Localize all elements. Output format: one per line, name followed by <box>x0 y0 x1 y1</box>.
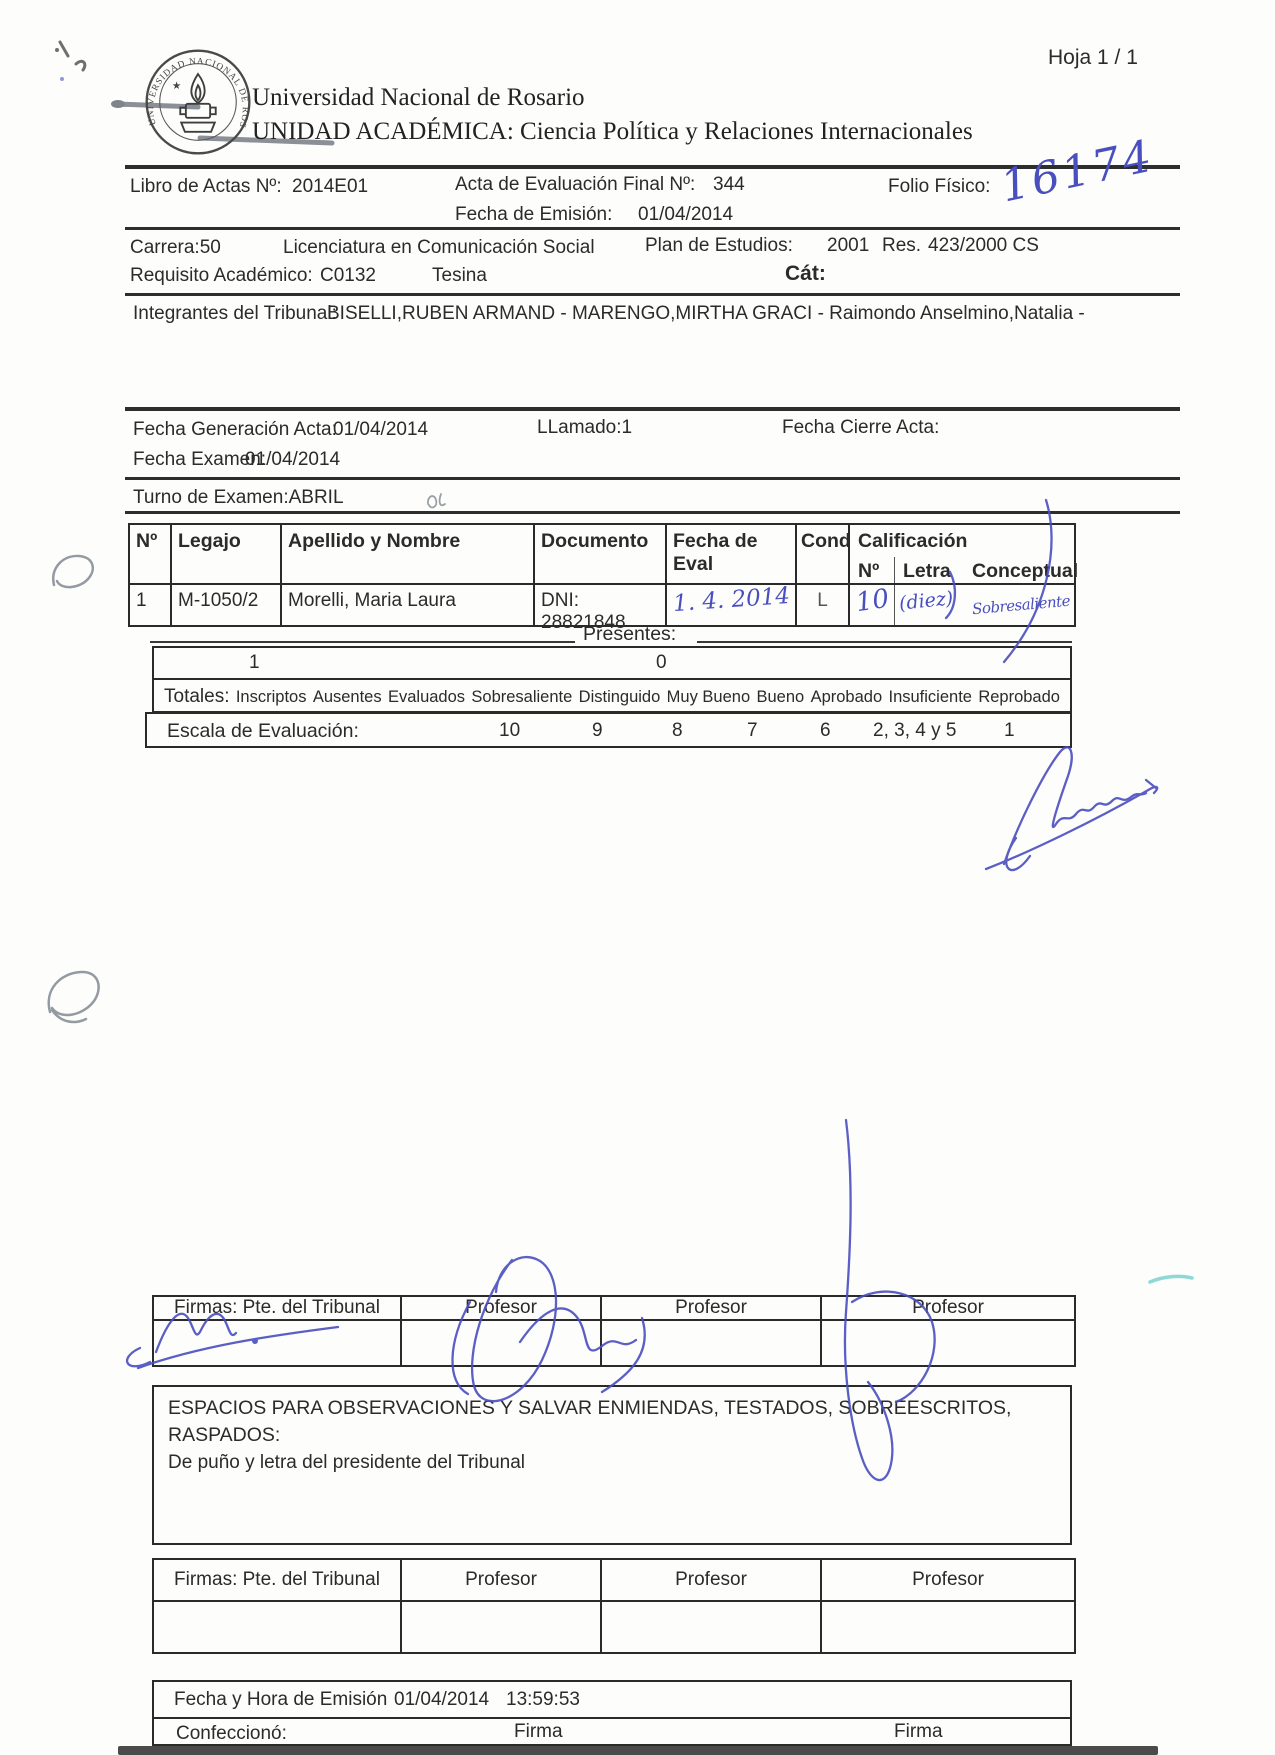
res-label: Res. <box>882 235 921 257</box>
llamado-value: 1 <box>622 417 633 438</box>
emission-box: Fecha y Hora de Emisión 01/04/2014 13:59… <box>152 1680 1072 1746</box>
turno-label: Turno de Examen: <box>133 487 289 508</box>
carrera-code: 50 <box>200 237 221 258</box>
firmas-table-2: Firmas: Pte. del Tribunal Profesor Profe… <box>152 1558 1076 1654</box>
col-legajo: Legajo <box>172 525 282 583</box>
totales-label: Totales: <box>164 686 229 708</box>
cell-calificacion: 10 (diez) Sobresaliente <box>850 585 1074 625</box>
divider <box>154 1717 1070 1719</box>
totales-col-evaluados: Evaluados <box>388 688 465 707</box>
catedra-label: Cát: <box>785 262 826 286</box>
requisito-label: Requisito Académico: <box>130 265 313 287</box>
fecha-hora-hora: 13:59:53 <box>506 1689 580 1711</box>
observaciones-line1: ESPACIOS PARA OBSERVACIONES Y SALVAR ENM… <box>168 1395 1056 1422</box>
col-cond: Cond <box>797 525 850 583</box>
firmas2-pte-label: Firmas: Pte. del Tribunal <box>154 1560 402 1602</box>
cell-legajo: M-1050/2 <box>172 585 282 625</box>
divider <box>697 641 1072 643</box>
totales-col-reprobado: Reprobado <box>978 688 1060 707</box>
university-seal-logo: UNIVERSIDAD NACIONAL DE ROSARIO ★ <box>142 46 254 158</box>
firmas1-pte-label: Firmas: Pte. del Tribunal <box>154 1297 402 1321</box>
firmas1-prof1-label: Profesor <box>402 1297 602 1321</box>
handwritten-grade-concept-wrap: Sobresaliente <box>970 585 1074 625</box>
students-table: Nº Legajo Apellido y Nombre Documento Fe… <box>128 523 1076 627</box>
folio-label: Folio Físico: <box>888 176 990 198</box>
col-fecha: Fecha de Eval <box>667 525 797 583</box>
escala-10: 10 <box>499 720 520 742</box>
divider <box>150 641 575 643</box>
divider <box>125 511 1180 514</box>
tribunal-label: Integrantes del Tribunal: <box>133 303 337 325</box>
llamado-line: LLamado:1 <box>537 417 632 439</box>
firmas2-sig-cell <box>602 1602 822 1652</box>
small-scribble-icon <box>428 496 436 507</box>
subcol-conceptual: Conceptual <box>970 557 1074 583</box>
tribunal-members: BISELLI,RUBEN ARMAND - MARENGO,MIRTHA GR… <box>327 303 1085 325</box>
scanned-acta-page: UNIVERSIDAD NACIONAL DE ROSARIO ★ Hoja 1… <box>0 0 1275 1755</box>
firmas2-prof3-label: Profesor <box>822 1560 1074 1602</box>
torch-icon <box>180 74 215 132</box>
col-nro: Nº <box>130 525 172 583</box>
cell-fecha-eval: 1. 4. 2014 <box>667 585 797 625</box>
fecha-hora-label: Fecha y Hora de Emisión <box>174 1689 387 1711</box>
calificacion-label: Calificación <box>850 525 1074 553</box>
totales-col-muybueno: Muy Bueno <box>667 688 750 707</box>
examen-value: 01/04/2014 <box>245 449 340 471</box>
totales-col-bueno: Bueno <box>756 688 804 707</box>
divider <box>125 293 1180 296</box>
handwritten-grade-number: 10 <box>854 584 891 618</box>
university-name: Universidad Nacional de Rosario <box>252 84 585 112</box>
teal-mark-icon <box>1150 1276 1192 1282</box>
col-documento: Documento <box>535 525 667 583</box>
firmas1-sig-cell <box>154 1321 402 1365</box>
firmas1-prof3-label: Profesor <box>822 1297 1074 1321</box>
handwritten-grade-number-wrap: 10 <box>850 585 894 625</box>
handwritten-exam-date: 1. 4. 2014 <box>672 583 791 617</box>
divider <box>154 678 1070 680</box>
turno-value: ABRIL <box>289 487 344 508</box>
escala-8: 8 <box>672 720 683 742</box>
totales-col-aprobado: Aprobado <box>811 688 883 707</box>
presentes-valor-izq: 1 <box>249 652 260 674</box>
fecha-hora-fecha: 01/04/2014 <box>394 1689 489 1711</box>
firmas1-sig-cell <box>402 1321 602 1365</box>
pencil-curl-icon <box>53 556 93 587</box>
totales-box: 1 0 Totales: Inscriptos Ausentes Evaluad… <box>152 646 1072 713</box>
carrera-name: Licenciatura en Comunicación Social <box>283 237 595 259</box>
escala-1: 1 <box>1004 720 1015 742</box>
firmas1-sig-cell <box>822 1321 1074 1365</box>
calificacion-subheader: Nº Letra Conceptual <box>850 557 1074 583</box>
requisito-name: Tesina <box>432 265 487 287</box>
presentes-valor-centro: 0 <box>656 652 667 674</box>
firmas2-sig-cell <box>822 1602 1074 1652</box>
observaciones-line2: RASPADOS: <box>168 1422 1056 1449</box>
handwritten-grade-word-wrap: (diez) <box>894 585 970 625</box>
firma1-label: Firma <box>514 1721 563 1743</box>
col-calificacion: Calificación Nº Letra Conceptual <box>850 525 1074 583</box>
scanner-edge-band <box>118 1746 1158 1755</box>
observaciones-line3: De puño y letra del presidente del Tribu… <box>168 1449 1056 1476</box>
acta-value: 344 <box>713 174 745 196</box>
totales-col-distinguido: Distinguido <box>579 688 661 707</box>
firmas1-sig-cell <box>602 1321 822 1365</box>
subcol-letra: Letra <box>894 557 970 583</box>
student-row: 1 M-1050/2 Morelli, Maria Laura DNI: 288… <box>130 585 1074 625</box>
escala-2345: 2, 3, 4 y 5 <box>873 720 956 742</box>
plan-label: Plan de Estudios: <box>645 235 793 257</box>
cierre-label: Fecha Cierre Acta: <box>782 417 939 439</box>
totales-row: Totales: Inscriptos Ausentes Evaluados S… <box>154 684 1070 710</box>
escala-7: 7 <box>747 720 758 742</box>
subcol-nro: Nº <box>850 557 894 583</box>
firmas2-prof1-label: Profesor <box>402 1560 602 1602</box>
res-value: 423/2000 CS <box>928 235 1039 257</box>
page-number: Hoja 1 / 1 <box>1048 46 1138 70</box>
firma2-label: Firma <box>894 1721 943 1743</box>
escala-label: Escala de Evaluación: <box>167 720 359 743</box>
emision-value: 01/04/2014 <box>638 204 733 226</box>
requisito-code: C0132 <box>320 265 376 287</box>
students-table-header: Nº Legajo Apellido y Nombre Documento Fe… <box>130 525 1074 585</box>
firmas-table-1: Firmas: Pte. del Tribunal Profesor Profe… <box>152 1295 1076 1367</box>
escala-9: 9 <box>592 720 603 742</box>
firmas2-sig-cell <box>402 1602 602 1652</box>
generacion-label: Fecha Generación Acta: <box>133 419 337 441</box>
corner-smudge-icon <box>60 42 68 56</box>
llamado-label: LLamado: <box>537 417 622 438</box>
cell-apellido: Morelli, Maria Laura <box>282 585 535 625</box>
firmas2-sig-cell <box>154 1602 402 1652</box>
acta-label: Acta de Evaluación Final Nº: <box>455 174 695 196</box>
divider <box>125 227 1180 230</box>
confecciono-label: Confeccionó: <box>176 1723 287 1745</box>
carrera-label: Carrera: <box>130 237 200 258</box>
cell-nro: 1 <box>130 585 172 625</box>
totales-col-sobresaliente: Sobresaliente <box>471 688 572 707</box>
col-apellido: Apellido y Nombre <box>282 525 535 583</box>
cell-cond: L <box>797 585 850 625</box>
cell-documento: DNI: 28821848 <box>535 585 667 625</box>
presentes-label: Presentes: <box>583 623 676 646</box>
handwritten-grade-concept: Sobresaliente <box>971 592 1070 618</box>
academic-unit: UNIDAD ACADÉMICA: Ciencia Política y Rel… <box>252 118 973 146</box>
escala-box: Escala de Evaluación: 10 9 8 7 6 2, 3, 4… <box>145 712 1072 748</box>
carrera-line: Carrera:50 <box>130 237 221 259</box>
divider <box>125 407 1180 411</box>
generacion-value: 01/04/2014 <box>333 419 428 441</box>
handwritten-grade-word: (diez) <box>898 587 954 615</box>
totales-col-insuficiente: Insuficiente <box>888 688 971 707</box>
libro-value: 2014E01 <box>292 176 368 198</box>
firmas1-prof2-label: Profesor <box>602 1297 822 1321</box>
firmas2-prof2-label: Profesor <box>602 1560 822 1602</box>
plan-value: 2001 <box>827 235 869 257</box>
totales-col-inscriptos: Inscriptos <box>236 688 307 707</box>
divider <box>125 477 1180 480</box>
seal-star-icon: ★ <box>172 81 181 92</box>
libro-label: Libro de Actas Nº: <box>130 176 282 198</box>
emision-label: Fecha de Emisión: <box>455 204 612 226</box>
turno-line: Turno de Examen:ABRIL <box>133 487 344 509</box>
totales-col-ausentes: Ausentes <box>313 688 382 707</box>
observaciones-box: ESPACIOS PARA OBSERVACIONES Y SALVAR ENM… <box>152 1385 1072 1545</box>
escala-6: 6 <box>820 720 831 742</box>
